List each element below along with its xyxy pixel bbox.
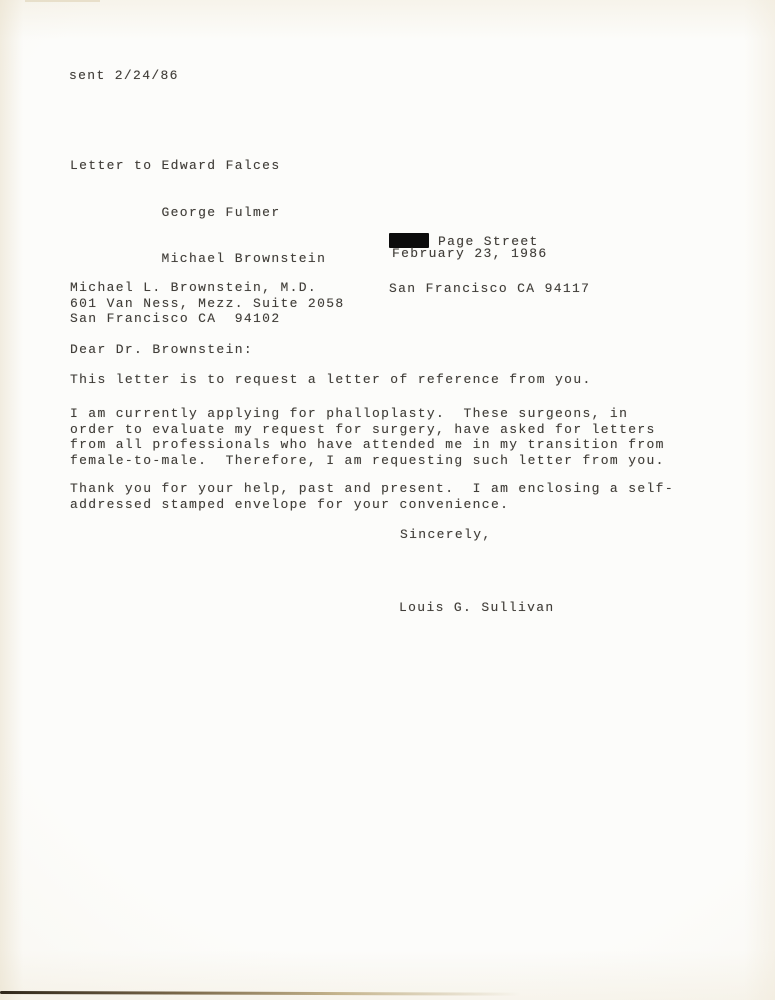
salutation: Dear Dr. Brownstein: bbox=[70, 342, 253, 358]
sent-annotation: sent 2/24/86 bbox=[69, 68, 179, 84]
body-paragraph-2: I am currently applying for phalloplasty… bbox=[70, 406, 665, 468]
scanned-letter-page: sent 2/24/86 Letter to Edward Falces Geo… bbox=[0, 0, 775, 1000]
distribution-name-2: George Fulmer bbox=[70, 205, 326, 221]
sender-city-line: San Francisco CA 94117 bbox=[389, 281, 590, 297]
distribution-line-1: Letter to Edward Falces bbox=[70, 158, 326, 174]
distribution-prefix: Letter to bbox=[70, 158, 162, 173]
date-line: February 23, 1986 bbox=[392, 246, 548, 262]
scan-edge-artifact-bottom bbox=[0, 991, 520, 996]
scan-edge-artifact-top bbox=[25, 0, 100, 2]
body-paragraph-1: This letter is to request a letter of re… bbox=[70, 372, 592, 388]
distribution-name-1: Edward Falces bbox=[162, 158, 281, 173]
recipient-address: Michael L. Brownstein, M.D. 601 Van Ness… bbox=[70, 280, 345, 327]
distribution-name-3: Michael Brownstein bbox=[70, 251, 326, 267]
body-paragraph-3: Thank you for your help, past and presen… bbox=[70, 481, 674, 512]
sender-address: Page Street San Francisco CA 94117 bbox=[389, 202, 590, 327]
closing: Sincerely, bbox=[400, 527, 492, 543]
signature-name: Louis G. Sullivan bbox=[399, 600, 555, 616]
distribution-list: Letter to Edward Falces George Fulmer Mi… bbox=[70, 127, 326, 298]
